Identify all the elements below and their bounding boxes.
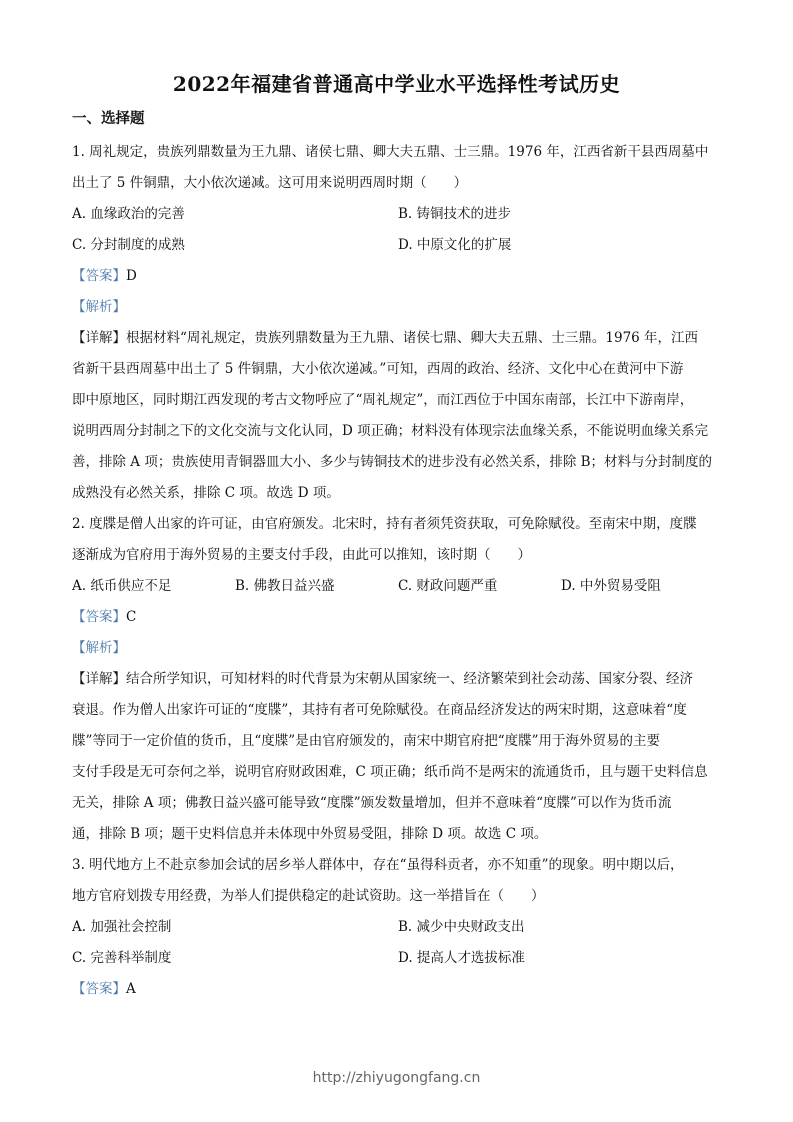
detail-line: 即中原地区，同时期江西发现的考古文物呼应了“周礼规定”，而江西位于中国东南部，长… bbox=[72, 385, 724, 416]
question-stem-line: 1. 周礼规定，贵族列鼎数量为王九鼎、诸侯七鼎、卿大夫五鼎、士三鼎。1976 年… bbox=[72, 137, 724, 168]
answer-line: 【答案】A bbox=[72, 974, 724, 1005]
answer-label: 【答案】 bbox=[72, 268, 126, 284]
detail-line: 衰退。作为僧人出家许可证的“度牒”，其持有者可免除赋役。在商品经济发达的两宋时期… bbox=[72, 695, 724, 726]
option-d: D. 中外贸易受阻 bbox=[561, 571, 724, 602]
option-c: C. 财政问题严重 bbox=[398, 571, 561, 602]
detail-line: 成熟没有必然关系，排除 C 项。故选 D 项。 bbox=[72, 478, 724, 509]
option-a: A. 加强社会控制 bbox=[72, 912, 398, 943]
document-body: 1. 周礼规定，贵族列鼎数量为王九鼎、诸侯七鼎、卿大夫五鼎、士三鼎。1976 年… bbox=[72, 137, 724, 1005]
answer-label: 【答案】 bbox=[72, 609, 126, 625]
answer-value: A bbox=[126, 981, 136, 997]
answer-label: 【答案】 bbox=[72, 981, 126, 997]
question-stem-line: 逐渐成为官府用于海外贸易的主要支付手段，由此可以推知，该时期（ ） bbox=[72, 540, 724, 571]
section-heading: 一、选择题 bbox=[72, 107, 145, 128]
detail-text: 根据材料“周礼规定，贵族列鼎数量为王九鼎、诸侯七鼎、卿大夫五鼎、士三鼎。1976… bbox=[126, 330, 698, 346]
question-stem-line: 2. 度牒是僧人出家的许可证，由官府颁发。北宋时，持有者须凭资获取，可免除赋役。… bbox=[72, 509, 724, 540]
option-d: D. 提高人才选拔标准 bbox=[398, 943, 724, 974]
question-stem-line: 地方官府划拨专用经费，为举人们提供稳定的赴试资助。这一举措旨在（ ） bbox=[72, 881, 724, 912]
options-row: C. 完善科举制度 D. 提高人才选拔标准 bbox=[72, 943, 724, 974]
detail-line: 说明西周分封制之下的文化交流与文化认同，D 项正确；材料没有体现宗法血缘关系，不… bbox=[72, 416, 724, 447]
detail-line: 善，排除 A 项；贵族使用青铜器皿大小、多少与铸铜技术的进步没有必然关系，排除 … bbox=[72, 447, 724, 478]
question-stem-line: 3. 明代地方上不赴京参加会试的居乡举人群体中，存在“虽得科贡者，亦不知重”的现… bbox=[72, 850, 724, 881]
options-row: C. 分封制度的成熟 D. 中原文化的扩展 bbox=[72, 230, 724, 261]
option-b: B. 佛教日益兴盛 bbox=[235, 571, 398, 602]
answer-value: D bbox=[126, 268, 137, 284]
option-b: B. 减少中央财政支出 bbox=[398, 912, 724, 943]
options-row: A. 纸币供应不足 B. 佛教日益兴盛 C. 财政问题严重 D. 中外贸易受阻 bbox=[72, 571, 724, 602]
detail-line: 【详解】结合所学知识，可知材料的时代背景为宋朝从国家统一、经济繁荣到社会动荡、国… bbox=[72, 664, 724, 695]
question-stem-line: 出土了 5 件铜鼎，大小依次递减。这可用来说明西周时期（ ） bbox=[72, 168, 724, 199]
detail-line: 支付手段是无可奈何之举，说明官府财政困难，C 项正确；纸币尚不是两宋的流通货币，… bbox=[72, 757, 724, 788]
footer-url: http://zhiyugongfang.cn bbox=[0, 1070, 793, 1086]
option-c: C. 分封制度的成熟 bbox=[72, 230, 398, 261]
detail-label: 【详解】 bbox=[72, 330, 126, 346]
option-c: C. 完善科举制度 bbox=[72, 943, 398, 974]
answer-line: 【答案】D bbox=[72, 261, 724, 292]
question-3: 3. 明代地方上不赴京参加会试的居乡举人群体中，存在“虽得科贡者，亦不知重”的现… bbox=[72, 850, 724, 1005]
answer-line: 【答案】C bbox=[72, 602, 724, 633]
analysis-label: 【解析】 bbox=[72, 633, 724, 664]
detail-line: 牒”等同于一定价值的货币，且“度牒”是由官府颁发的，南宋中期官府把“度牒”用于海… bbox=[72, 726, 724, 757]
detail-line: 【详解】根据材料“周礼规定，贵族列鼎数量为王九鼎、诸侯七鼎、卿大夫五鼎、士三鼎。… bbox=[72, 323, 724, 354]
option-d: D. 中原文化的扩展 bbox=[398, 230, 724, 261]
options-row: A. 血缘政治的完善 B. 铸铜技术的进步 bbox=[72, 199, 724, 230]
option-b: B. 铸铜技术的进步 bbox=[398, 199, 724, 230]
analysis-label: 【解析】 bbox=[72, 292, 724, 323]
option-a: A. 血缘政治的完善 bbox=[72, 199, 398, 230]
document-title: 2022年福建省普通高中学业水平选择性考试历史 bbox=[0, 68, 793, 97]
detail-line: 省新干县西周墓中出土了 5 件铜鼎，大小依次递减。”可知，西周的政治、经济、文化… bbox=[72, 354, 724, 385]
detail-line: 无关，排除 A 项；佛教日益兴盛可能导致“度牒”颁发数量增加，但并不意味着“度牒… bbox=[72, 788, 724, 819]
options-row: A. 加强社会控制 B. 减少中央财政支出 bbox=[72, 912, 724, 943]
detail-line: 通，排除 B 项；题干史料信息并未体现中外贸易受阻，排除 D 项。故选 C 项。 bbox=[72, 819, 724, 850]
option-a: A. 纸币供应不足 bbox=[72, 571, 235, 602]
detail-label: 【详解】 bbox=[72, 671, 126, 687]
answer-value: C bbox=[126, 609, 136, 625]
question-1: 1. 周礼规定，贵族列鼎数量为王九鼎、诸侯七鼎、卿大夫五鼎、士三鼎。1976 年… bbox=[72, 137, 724, 509]
question-2: 2. 度牒是僧人出家的许可证，由官府颁发。北宋时，持有者须凭资获取，可免除赋役。… bbox=[72, 509, 724, 850]
detail-text: 结合所学知识，可知材料的时代背景为宋朝从国家统一、经济繁荣到社会动荡、国家分裂、… bbox=[126, 671, 693, 687]
